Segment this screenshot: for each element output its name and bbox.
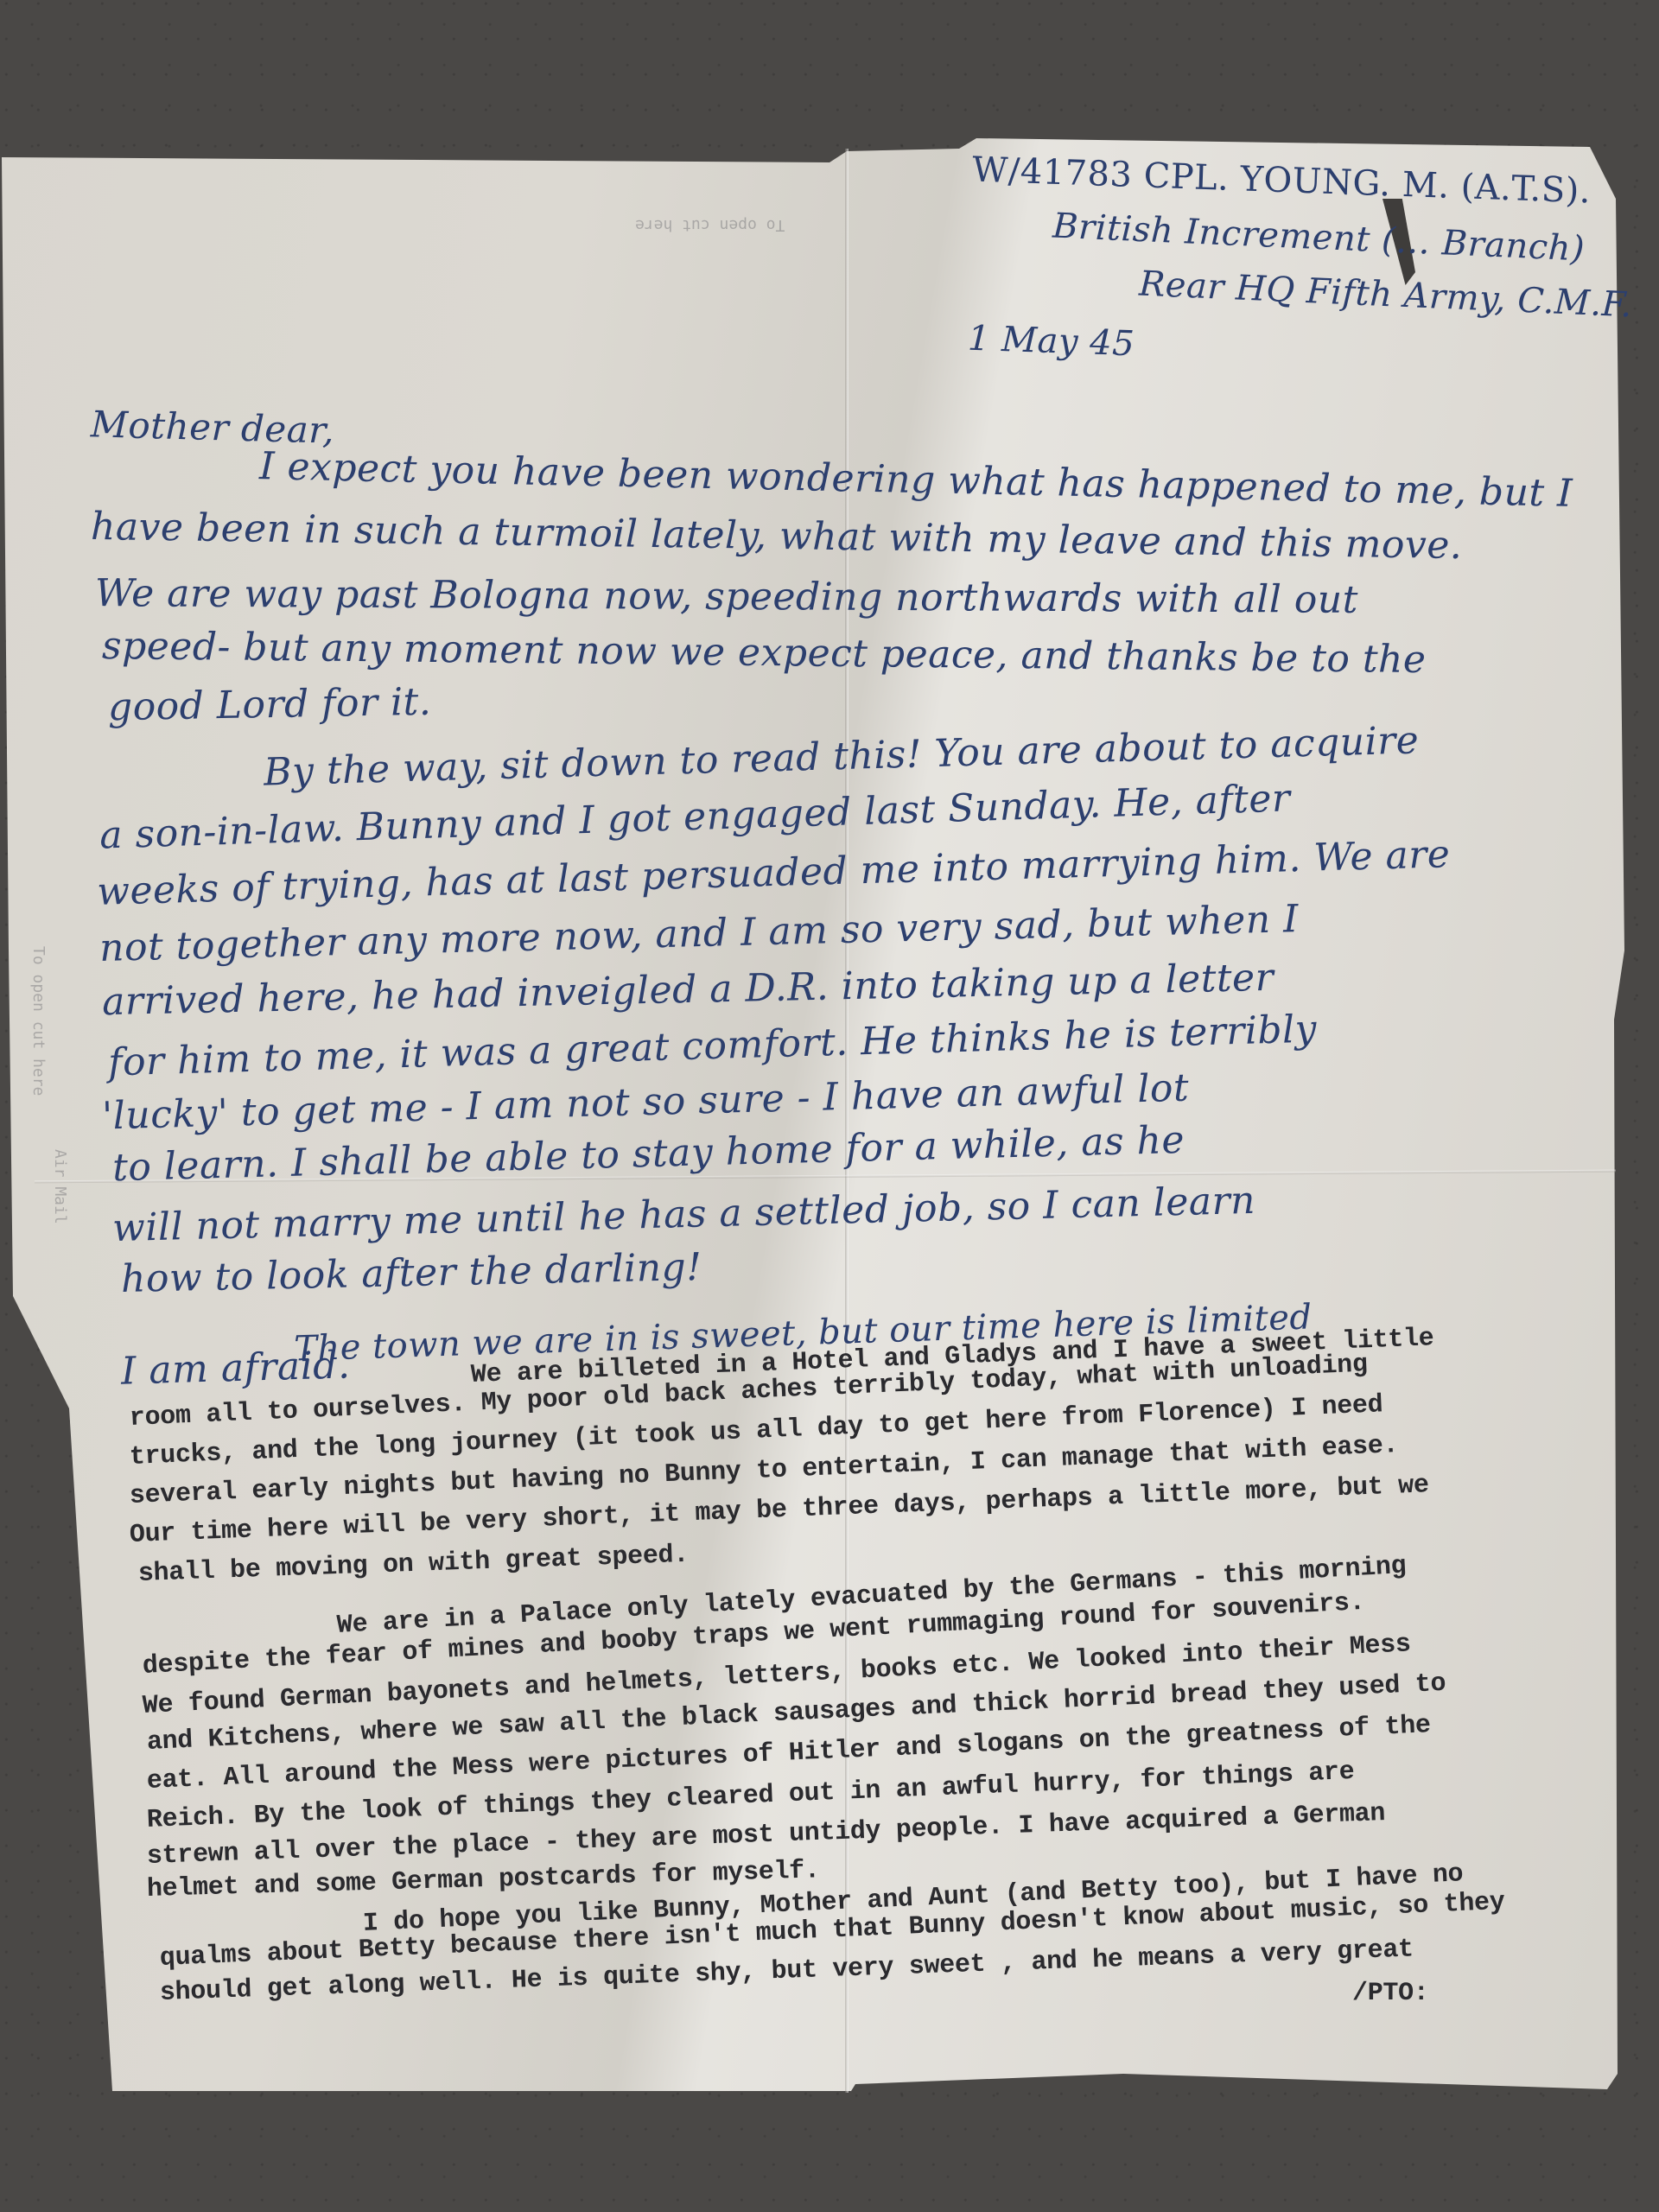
ghost-print-side-2: Air Mail [51,1149,69,1224]
handwritten-line: I am afraid. [120,1343,351,1393]
letter-photo: To open cut here To open cut here Air Ma… [0,0,1659,2212]
ghost-print-side: To open cut here [29,946,48,1096]
letter-date: 1 May 45 [967,319,1135,365]
handwritten-line: We are way past Bologna now, speeding no… [95,571,1358,622]
pto-mark: /PTO: [1352,1979,1429,2008]
handwritten-line: good Lord for it. [108,680,432,730]
ghost-print-top: To open cut here [635,216,785,234]
